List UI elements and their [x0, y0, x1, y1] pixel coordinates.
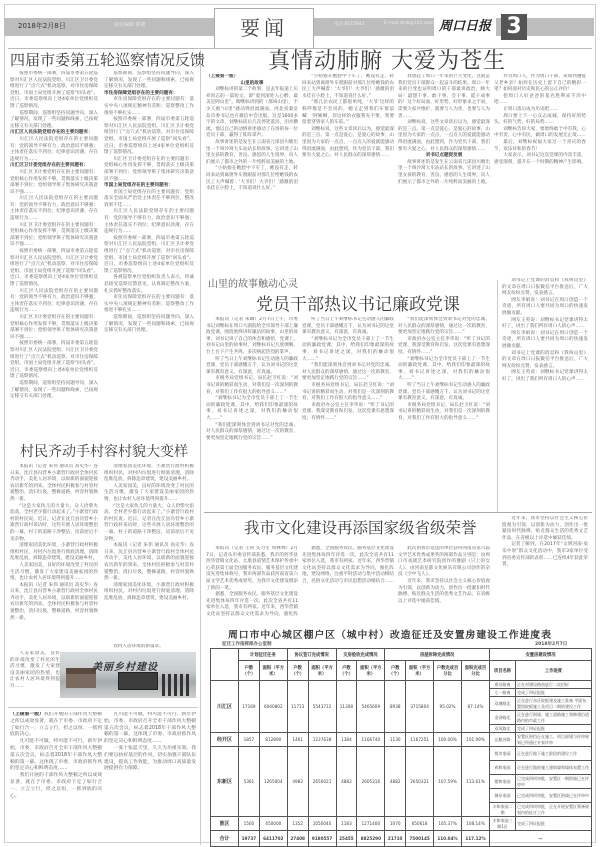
paragraph: “这是大家伙儿的力量大，众人拾柴火焰高，全村老少都行动起来了。”小寨营行政村的村… — [104, 504, 194, 544]
district-cell: 东新区 — [211, 747, 239, 817]
district-cell: 川汇区 — [211, 681, 239, 733]
col-group-resettlement: 安置房建设情况 — [490, 649, 592, 661]
paragraph: 人美家园美，良好的环境改变了村民的生活习惯，激发了大家建设美丽家园的热情，也让农… — [10, 651, 60, 691]
masthead: 2018年2月8日 责任编辑 郭旭 要闻 电话 8273941 E-mail z… — [4, 8, 594, 48]
subhead: 市国土局党组存在的主要问题有： — [104, 183, 194, 190]
paragraph: 川汇区卫计委党组存在的主要问题有：党组核心作用发挥不够，贯彻落实上级决策部署不到… — [10, 223, 98, 249]
cell: 1500 — [239, 817, 260, 831]
culture-column-1: 本报讯（记者 王珂 实习生 周林林）2月7日，记者从市委宣传部获悉，我市的西华县… — [206, 546, 298, 618]
paragraph: “我们能深刻体会到刘书记对党的忠诚、对人民群众的深厚感情，通过这一次的教育，要更… — [206, 423, 298, 443]
paragraph: 川汇区人民法院党组存在的主要问题有：党的领导不够有力，政治意识不够强；主体责任落… — [10, 289, 98, 315]
paragraph: 人美家园美，良好的环境改变了村民的生活习惯，激发了大家建设美丽家园的热情，也让农… — [10, 563, 98, 583]
cell: 1130 — [385, 733, 406, 747]
col-header: 户数（个） — [239, 661, 260, 681]
cell: 8825290 — [357, 831, 385, 847]
culture-column-2: 据悉，全国服务农民、服务基层文化建设先进集体每四年评选一次，此次全省共有11家单… — [302, 546, 394, 618]
project-name: 摆和家园 — [490, 775, 516, 789]
continued-label: （上接第一版） — [206, 74, 298, 81]
cell: 1461 — [287, 733, 308, 747]
cell: 25455 — [336, 831, 357, 847]
paragraph: 川汇区卫计委党组存在的主要问题有：党组核心作用发挥不够，贯彻落实上级决策部署不到… — [10, 170, 98, 196]
paragraph: 周口要上下一心众志成城，保持好的势头、好的气势，好的局势…… — [494, 114, 586, 127]
cell: 100.00% — [434, 733, 462, 747]
table-date: 2018年2月7日 — [535, 641, 567, 647]
project-progress: 完成了四证报批 — [516, 725, 592, 733]
project-name: 金泽路北 — [490, 711, 516, 725]
col-group-plan: 计划征迁任务 — [239, 649, 288, 661]
cell: 1050040 — [308, 817, 336, 831]
col-header: 面积（平方米） — [406, 661, 434, 681]
paragraph: 川汇区人民法院党组存在的主要问题有：党的领导不够有力，政治意识不够强；主体责任落… — [10, 137, 98, 163]
paragraph: “刘继标书记为全市党员干部上了一节生动的廉政党课，其中，给我们印象最深的故事，刘… — [302, 337, 394, 363]
table-sub-header: 户数（个） 面积（平方米） 户数（个） 面积（平方米） 户数（个） 面积（平方米… — [211, 661, 592, 681]
paragraph: 刘书记上党课的消息和《我叫山里》的文章在周口日报微信平台推送后，广大网友纷纷点赞… — [502, 351, 588, 371]
paragraph: 按照市委统一部署，四届市委第五轮巡察对川汇区人民法院党组、川汇区卫计委党组进行了… — [104, 117, 194, 157]
cell: 450000 — [259, 817, 287, 831]
subhead: 川汇区人民法院党组存在的主要问题有： — [10, 130, 98, 137]
paragraph: 大家表示，刘书记这次党课的内容丰富，感受深刻，提升在一个时期的精神产生影响。 — [494, 153, 586, 166]
paragraph: 市国土局党组存在的主要问题有：党组落实全面从严治党主体责任不够到位，整改效果不佳… — [104, 190, 194, 210]
paragraph: 我想起了周口一年来的巨大变化，这就是我们党员干部群众一起奋斗的结果。周口一年来的… — [398, 74, 490, 120]
cell: 1265004 — [259, 747, 287, 817]
project-progress: 安置区围挡正在施工，项目部建与评审规划已经通过专家评审 — [516, 733, 592, 747]
contact-tel: 电话 8273941 — [334, 21, 364, 27]
project-progress: 正在进行东区院板建及施工准备 平面布置图院板施工及项目二期的建设工作 — [516, 697, 592, 711]
cell: 27408 — [287, 831, 308, 847]
paragraph: “我们能深刻体会到刘书记对党的忠诚、对人民群众的深厚感情，通过这一次的教育，要更… — [398, 317, 490, 337]
table-row: 淮区 1500 450000 1352 1050040 1183 1271400… — [211, 817, 592, 831]
project-name: 丰和家园二期 — [490, 803, 516, 817]
paragraph: 本报讯（记者 朱伟 通讯员 高史华）连日来，沈丘县冯营乡小寨营行政村全体村民齐动… — [10, 464, 98, 504]
cell: 1183 — [336, 817, 357, 831]
project-progress: 完成了四证报批 — [516, 817, 592, 831]
cell: 4982 — [287, 747, 308, 817]
paragraph: 据悉，全国服务农民、服务基层文化建设先进集体每四年评选一次，此次全省共有11家单… — [206, 592, 298, 618]
paragraph: 一张十张蓝天里，久久为功重实效。我们要以执好基层的作风，切实加强干部队伍建设，提… — [104, 746, 196, 773]
cell: 101.09% — [461, 733, 489, 747]
inspection-column-1: 按照市委统一部署，四届市委第五轮巡察对川汇区人民法院党组、川汇区卫计委党组进行了… — [10, 71, 98, 431]
paragraph: 巡察期间，巡察组坚持问题导向，深入了解情况，发现了一些问题和线索，已按规定移交有… — [104, 315, 194, 335]
cell: 5361 — [239, 747, 260, 817]
col-header: 面积（平方米） — [259, 661, 287, 681]
paragraph: “这是大家伙儿的力量大，众人拾柴火焰高，全村老少都行动起来了。”小寨营行政村的村… — [10, 504, 98, 544]
col-header: 户数（个） — [336, 661, 357, 681]
cell: 1166740 — [357, 733, 385, 747]
paragraph: 本报讯（记者 朱卿）2月7日上午，市委书记刘继标在周口大剧院给全市领导干部上廉政… — [206, 317, 298, 357]
project-name: 丰和家园三期1区 — [490, 817, 516, 831]
project-progress: 正在进行围墙、施工道路施工和修建沿道路内的市政工作 — [516, 711, 592, 725]
party-column-4: 刘书记上党课的消息和《我叫山里》的文章在周口日报微信平台推送后，广大网友纷纷点赞… — [502, 278, 588, 513]
inspection-headline: 四届市委第五轮巡察情况反馈 — [10, 49, 205, 70]
paragraph: 凡可能不可做，特可能不可行。新年伊始，市委、市政府召开全市干部作风大整顿第五次会… — [104, 712, 196, 746]
cell: 95.02% — [434, 681, 462, 733]
cell: 6040802 — [259, 681, 287, 733]
cell: 17169 — [239, 681, 260, 733]
cell: 107.59% — [434, 747, 462, 817]
contact-email: E-mail zkrb@163.com — [384, 21, 433, 26]
paragraph: 本报讯（记者 朱伟 通讯员 高史华）连日来，沈丘县冯营乡小寨营行政村全体村民齐动… — [104, 543, 194, 583]
wind-column-1: （上接第一版）我们开展的干部作风大整顿之所以成效显著，就在于市委、市政府下定了如… — [10, 712, 102, 840]
subhead: 川汇区卫计委党组存在的主要问题有： — [10, 163, 98, 170]
paragraph: 凡可能不可做，特可能不可行。新年伊始，市委、市政府召开全市干部作风大整顿第五次会… — [10, 739, 102, 773]
newspaper-logo: 周口日报 — [434, 18, 496, 36]
project-name: 七一路南 — [490, 689, 516, 697]
main-headline: 真情动肺腑 大爱为苍生 — [268, 44, 506, 75]
cell: 1384 — [336, 733, 357, 747]
table-title: 周口市中心城区棚户区（城中村）改造征迁及安置房建设工作进度表 — [228, 627, 552, 641]
paragraph: 把周口人好爸爸的基名胜利宋手洋中吧…… — [494, 94, 586, 107]
col-header: 户数（个） — [287, 661, 308, 681]
cell: 7500145 — [406, 831, 434, 847]
table-group-header: 计划征迁任务 协议签订完成情况 交房验收完成情况 房屋拆除完成情况 安置房建设情… — [211, 649, 592, 661]
project-name: 都市家园 — [490, 747, 516, 761]
cell: 4882 — [385, 747, 406, 817]
bus-graphic — [118, 672, 158, 690]
culture-column-4: 近年来，我市坚持以社会主义核心价值观为引领，以创新为动力，创作出一批紧扣时代脉搏… — [502, 516, 588, 618]
cell: 117.12% — [461, 831, 489, 847]
project-progress: 已完成四项审批，安置区一期围墙已在评审中 — [516, 775, 592, 789]
cell: 1167251 — [406, 733, 434, 747]
continued-label: （上接第一版） — [10, 712, 44, 717]
paragraph: 此次由我市选送的单位获得河南省第六届文学艺术优秀成果奖的两部作品分别是：由周口市… — [398, 546, 490, 579]
people-graphic — [162, 674, 190, 696]
issue-date: 2018年2月8日 — [18, 21, 66, 31]
paragraph: 市政府办公室主任李华说：“听了书记的党课，我深受教育和启发，这次党课有思想深度，… — [398, 337, 490, 357]
cell: 21710 — [385, 831, 406, 847]
paragraph: 本报讯（记者 朱伟 通讯员 高史华）连日来，沈丘县冯营乡小寨营行政村全体村民齐动… — [10, 583, 98, 623]
cell: 11308 — [336, 681, 357, 733]
village-column-2: 清理家园美化环境，小寨营行政村积极组织村民，对村内垃圾进行彻底清理，清除乱堆乱放… — [104, 464, 194, 650]
paragraph: 刘继标讲的第二个故事，是去年报道上庆祥同志的一篇短文，即“爱到深处人心醉，最美是… — [206, 87, 298, 140]
paragraph: 清理家园美化环境，小寨营行政村积极组织村民，对村内垃圾进行彻底清理，清除乱堆乱放… — [10, 543, 98, 563]
photo-caption: 美丽乡村建设 — [92, 658, 158, 673]
cell: 2650021 — [308, 747, 336, 817]
editor-credit: 责任编辑 郭旭 — [114, 21, 146, 28]
paragraph: 作为周口人，作为周口干部，该如何遵爱父老乡亲？如何在历史上留下自己的精彩一笔？如… — [494, 74, 586, 94]
paragraph: 农村人居环境的新篇章。 — [104, 644, 194, 651]
paragraph: 故事讲述的是发生在云南省元谋县川塘出里一个叫沙窝大车站站长的故事。它讲述了山里女… — [398, 160, 490, 186]
cell: 4882 — [336, 747, 357, 817]
cell: 108.14% — [461, 817, 489, 831]
project-name: 双塘路北 — [490, 697, 516, 711]
paragraph: 清理家园美化环境，小寨营行政村积极组织村民，对村内垃圾进行彻底清理，清除乱堆乱放… — [104, 583, 194, 603]
cell: 1271400 — [357, 817, 385, 831]
paragraph: 我们开展的干部作风大整顿之所以成效显著，就在于市委、市政府下定了如行合一、立言立… — [10, 773, 102, 800]
paragraph: 市税务局党组书记、局长赵卫红说：“刘书记讲的精彩而生动，对我们是一次深刻的教育，… — [302, 383, 394, 403]
project-progress: 已完成四项审批，安置区围墙已在评审中 — [516, 789, 592, 803]
paragraph: 刘继标告诉大家，要始终敢于中有我、心中有责、心中有民，做周口的发展无止境…… — [494, 127, 586, 140]
village-headline: 村民齐动手村容村貌大变样 — [20, 441, 188, 461]
paragraph: 网友王英说：刘继标书记党课讲得太好了，讲出了我们所有周口人的心声…… — [502, 370, 588, 383]
cell: 1857 — [239, 733, 260, 747]
paragraph: 市税务局党组书记、局长赵卫红说：“刘书记讲的精彩而生动，对我们是一次深刻的教育，… — [398, 403, 490, 423]
project-name: 城东家园 — [490, 789, 516, 803]
cell: 812890 — [259, 733, 287, 747]
paragraph: 川汇区人民法院党组存在的主要问题有：党的领导不够有力，政治意识不够强；主体责任落… — [104, 209, 194, 235]
district-cell: 经开区 — [211, 733, 239, 747]
section-title: 要闻 — [215, 9, 313, 47]
paragraph: 刘书记上党课的消息和《我叫山里》的文章在周口日报微信平台推送后，广大网友纷纷点赞… — [502, 278, 588, 298]
paragraph: 网友李娟说：刘书记在周口创造一个奇迹，所有周口人要共同为周口的快速发展做贡献。 — [502, 298, 588, 318]
paragraph: 听了当日上午刘继标书记生动感人的廉政党课，党员干部感慨万千，认为刘书记的这堂课有… — [302, 317, 394, 337]
cell: 19737 — [239, 831, 260, 847]
cell: 9180557 — [308, 831, 336, 847]
paragraph: 让周口落后成为历史吧…… — [494, 107, 586, 114]
section-title-box: 要闻 — [214, 8, 314, 48]
village-column-3: 人美家园美，良好的环境改变了村民的生活习惯，激发了大家建设美丽家园的热情，也让农… — [10, 651, 60, 696]
paragraph: 网友李娟说：刘书记在周口创造一个奇迹，所有周口人要共同为周口的快速发展做贡献。 — [502, 331, 588, 351]
page-number: 3 — [501, 14, 527, 40]
culture-column-3: 此次由我市选送的单位获得河南省第六届文学艺术优秀成果奖的两部作品分别是：由周口市… — [398, 546, 490, 618]
paragraph: “刘继标书记为全市党员干部上了一节生动的廉政党课，其中，给我们印象最深的故事，刘… — [206, 396, 298, 422]
table-row: 川汇区 17169 6040802 11713 5543712 11308 54… — [211, 681, 592, 689]
cell: 105.37% — [434, 817, 462, 831]
paragraph: 听了当日上午刘继标书记生动感人的廉政党课，党员干部感慨万千，认为刘书记的这堂课有… — [206, 357, 298, 377]
district-header — [211, 649, 239, 681]
col-header: 项目名称 — [490, 661, 516, 681]
main-column-3: 我想起了周口一年来的巨大变化，这就是我们党员干部群众一起奋斗的结果。周口一年来的… — [398, 74, 490, 264]
paragraph: 巡察期间，巡察组坚持问题导向，深入了解情况，发现了一些问题和线索，已按规定移交有… — [10, 381, 98, 401]
table-total-row: 合计 19737 6411702 27408 9180557 25455 882… — [211, 831, 592, 847]
cell: 1070 — [385, 817, 406, 831]
col-header: 面积（平方米） — [308, 661, 336, 681]
cell: 11713 — [287, 681, 308, 733]
project-name: 春和家园 — [490, 761, 516, 775]
col-header: 户数（个） — [385, 661, 406, 681]
main-column-1: （上接第一版） 山里的故事 刘继标讲的第二个故事，是去年报道上庆祥同志的一篇短文… — [206, 74, 298, 264]
section-divider — [204, 512, 592, 513]
cell: 2605316 — [357, 747, 385, 817]
cell: 3715804 — [406, 681, 434, 733]
project-name: 运粮河路 — [490, 733, 516, 747]
paragraph: 最后，刘继标祝福大家过一个喜庆的春节，欢乐祥和的春节！ — [494, 140, 586, 153]
project-progress: 正在对建设路南进行二次招标 — [516, 681, 592, 689]
village-column-1: 本报讯（记者 朱伟 通讯员 高史华）连日来，沈丘县冯营乡小寨营行政村全体村民齐动… — [10, 464, 98, 650]
col-group-demolition: 房屋拆除完成情况 — [385, 649, 490, 661]
total-label: 合计 — [211, 831, 239, 847]
col-group-handover: 交房验收完成情况 — [336, 649, 385, 661]
cell: 5543712 — [308, 681, 336, 733]
cell: 8938 — [385, 681, 406, 733]
paragraph: 按照市委统一部署，四届市委第五轮巡察对川汇区人民法院党组、川汇区卫计委党组进行了… — [104, 236, 194, 276]
cell: 1352 — [287, 817, 308, 831]
project-progress: 正在进行地下施工阶段的建设工作 — [516, 747, 592, 761]
rural-construction-photo: 美丽乡村建设 — [60, 652, 196, 698]
cell: 5465609 — [357, 681, 385, 733]
table-row: 经开区 1857 812890 1461 1237638 1384 116674… — [211, 733, 592, 747]
paragraph: 近年来，我市坚持以社会主义核心价值观为引领，以创新为动力，创作出一批紧扣时代脉搏… — [398, 579, 490, 605]
paragraph: 市住房保障党组存在的主要问题有：落实中央八项规定精神有差距；巡察整改工作推进不够… — [104, 97, 194, 117]
paragraph: 按照市委统一部署，四届市委第五轮巡察对川汇区人民法院党组、川汇区卫计委党组进行了… — [10, 249, 98, 289]
cell: 2650321 — [406, 747, 434, 817]
col-group-agreement: 协议签订完成情况 — [287, 649, 336, 661]
paragraph: “我们能深刻体会到刘书记对党的忠诚、对人民群众的深厚感情，通过这一次的教育，要更… — [302, 363, 394, 383]
table-unit: 征迁工作指挥部办公室制 — [222, 641, 272, 647]
paragraph: 巡察期间，巡察组坚持问题导向，深入了解情况，发现了一些问题和线索，已按规定移交有… — [104, 71, 194, 91]
paragraph: 市政府办公室主任李华说：“听了书记的党课，我深受教育和启发，这次党课有思想深度，… — [302, 403, 394, 423]
paragraph: 按照市委统一部署，四届市委第五轮巡察对川汇区人民法院党组、川汇区卫计委党组进行了… — [10, 71, 98, 111]
project-progress: 正在进行地时施工建筑墙和墙体布置工作 — [516, 761, 592, 775]
paragraph: 巡察期间，巡察组坚持问题导向，深入了解情况，发现了一些问题和线索，已按规定移交有… — [10, 111, 98, 131]
project-progress: 已完成四项审批，正在开展安置区筹备规划内的征迁工作 — [516, 803, 592, 817]
project-name: 建设路南 — [490, 681, 516, 689]
main-column-2: “小姑娘在她脸中下车了，她没有走，转回来站到离窗外车窗跟前对那几位给她钱的农民工… — [302, 74, 394, 264]
section-divider — [8, 707, 198, 708]
cell: 113.61% — [461, 747, 489, 817]
cell: 87.14% — [461, 681, 489, 733]
progress-table: 计划征迁任务 协议签订完成情况 交房验收完成情况 房屋拆除完成情况 安置房建设情… — [210, 648, 592, 847]
col-header: 户数完成百分比 — [434, 661, 462, 681]
village-closing: 农村人居环境的新篇章。 — [104, 644, 194, 652]
subhead: 刘书记点题促发展 — [398, 153, 490, 160]
paragraph: 川汇区人民法院党组存在的主要问题有：党的领导不够有力，政治意识不够强；主体责任落… — [10, 196, 98, 222]
inspection-column-2: 巡察期间，巡察组坚持问题导向，深入了解情况，发现了一些问题和线索，已按规定移交有… — [104, 71, 194, 431]
project-progress: 完成了四证报批 — [516, 689, 592, 697]
paragraph: 刘继标说，这些文章读后以为，感觉最深的是三点。第一点是爱心，是爱心的故事，山里因… — [302, 127, 394, 160]
paragraph: 市住房保障党组存在的主要问题有：落实中央八项规定精神有差距；巡察整改工作推进不够… — [104, 295, 194, 315]
paragraph: “小姑娘在她脸中下车了，她没有走，转回来站到离窗外车窗跟前对那几位给她钱的农民工… — [302, 74, 394, 100]
column-divider — [200, 50, 201, 845]
party-column-2: 听了当日上午刘继标书记生动感人的廉政党课，党员干部感慨万千，认为刘书记的这堂课有… — [302, 317, 394, 513]
party-column-3: “我们能深刻体会到刘书记对党的忠诚、对人民群众的深厚感情，通过这一次的教育，要更… — [398, 317, 490, 513]
paragraph: 市税务局党组书记、局长赵卫红说：“刘书记讲的精彩而生动，对我们是一次深刻的教育，… — [206, 376, 298, 396]
paragraph: 近年来，我市坚持以社会主义核心价值观为引领，以创新为动力，创作出一批紧扣时代脉搏… — [502, 516, 588, 542]
party-column-1: 本报讯（记者 朱卿）2月7日上午，市委书记刘继标在周口大剧院给全市领导干部上廉政… — [206, 317, 298, 513]
paragraph: 川汇区卫计委党组存在的主要问题有：党组核心作用发挥不够，贯彻落实上级决策部署不到… — [10, 315, 98, 341]
paragraph: 人美家园美，良好的环境改变了村民的生活习惯，激发了大家建设美丽家园的热情，也让农… — [104, 484, 194, 504]
paragraph: 刘继标说，这些文章读后以为，感觉最深的是三点。第一点是爱心，是爱心的故事，山里因… — [398, 120, 490, 153]
paragraph: 据悉，全国服务农民、服务基层文化建设先进集体每四年评选一次，此次全省共有11家单… — [302, 546, 394, 586]
main-column-4: 作为周口人，作为周口干部，该如何遵爱父老乡亲？如何在历史上留下自己的精彩一笔？如… — [494, 74, 586, 264]
table-row: 东新区 5361 1265004 4982 2650021 4882 26053… — [211, 747, 592, 761]
culture-headline: 我市文化建设再添国家级省级荣誉 — [244, 516, 477, 538]
cell: 110.04% — [434, 831, 462, 847]
paragraph: 本报讯（记者 王珂 实习生 周林林）2月7日，记者从市委宣传部获悉，我市的西华县… — [206, 546, 298, 592]
paragraph: “刘继标书记为全市党员干部上了一节生动的廉政党课，其中，给我们印象最深的故事，刘… — [398, 357, 490, 383]
cell: — — [490, 831, 592, 847]
col-header: 面积完成百分比 — [461, 661, 489, 681]
paragraph: “小姑娘在她脸中下车了，她没有走，转回来站到离窗外车窗跟前对那几位给她钱的农民工… — [206, 166, 298, 192]
col-header: 面积（平方米） — [357, 661, 385, 681]
cell: 650618 — [406, 817, 434, 831]
paragraph: “那几位农民工都很单纯，‘大爷’这样的称呼像是不会说的，她又走到我们车窗前喊：‘… — [302, 100, 394, 126]
cell: 6411702 — [259, 831, 287, 847]
project-name: 双凤路北 — [490, 725, 516, 733]
paragraph: 清理家园美化环境，小寨营行政村积极组织村民，对村内垃圾进行彻底清理，清除乱堆乱放… — [104, 464, 194, 484]
paragraph: 川汇区卫计委党组存在的主要问题有：党组核心作用发挥不够，贯彻落实上级决策部署不到… — [104, 157, 194, 183]
paragraph: 各被巡察单位党组织负责人表示，将诚恳接受巡察反馈意见，认真制定整改方案，扎实抓好… — [104, 275, 194, 295]
party-headline: 党员干部热议书记廉政党课 — [256, 290, 460, 315]
paragraph: 网友王英说：刘继标书记党课讲得太好了，讲出了我们所有周口人的心声…… — [502, 318, 588, 331]
col-header: 工作进度 — [516, 661, 592, 681]
paragraph: （上接第一版）我们开展的干部作风大整顿之所以成效显著，就在于市委、市政府下定了如… — [10, 712, 102, 739]
wind-column-2: 凡可能不可做，特可能不可行。新年伊始，市委、市政府召开全市干部作风大整顿第五次会… — [104, 712, 196, 840]
column-divider — [497, 280, 498, 512]
paragraph: 听了当日上午刘继标书记生动感人的廉政党课，党员干部感慨万千，认为刘书记的这堂课有… — [398, 383, 490, 403]
district-cell: 淮区 — [211, 817, 239, 831]
paragraph: 按照市委统一部署，四届市委第五轮巡察对川汇区人民法院党组、川汇区卫计委党组进行了… — [10, 341, 98, 381]
paragraph: 故事讲述的是发生在云南省元谋县川塘出里一个叫沙窝大车站站长的故事。它讲述了山里女… — [206, 140, 298, 166]
paragraph: 记者了解到，在2017年“文明河南·欢乐中原”群众文化活动中，我市3家单位受到省… — [502, 542, 588, 568]
cell: 1237638 — [308, 733, 336, 747]
kicker: 山里的故事触动心灵 — [208, 275, 298, 290]
